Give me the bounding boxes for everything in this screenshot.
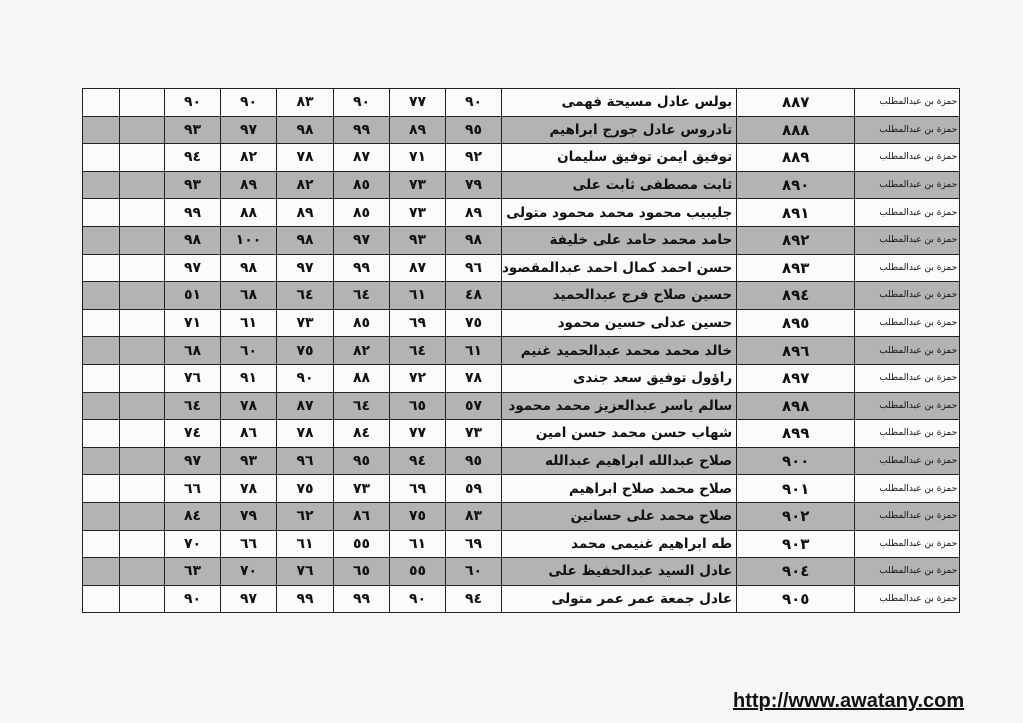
blank-cell bbox=[83, 199, 120, 227]
grade-cell-5: ٧٠ bbox=[221, 558, 277, 586]
grade-cell-5: ٦٨ bbox=[221, 282, 277, 310]
grade-cell-6: ٧١ bbox=[165, 309, 221, 337]
blank-cell bbox=[120, 447, 165, 475]
blank-cell bbox=[83, 226, 120, 254]
table-row: ٩٣٩٧٩٨٩٩٨٩٩٥تادروس عادل جورج ابراهيم٨٨٨ح… bbox=[83, 116, 960, 144]
table-row: ٥١٦٨٦٤٦٤٦١٤٨حسين صلاح فرج عبدالحميد٨٩٤حم… bbox=[83, 282, 960, 310]
seat-number-cell: ٨٩٧ bbox=[737, 364, 855, 392]
grade-cell-3: ٩٥ bbox=[334, 447, 390, 475]
table-row: ٧٦٩١٩٠٨٨٧٢٧٨راؤول توفيق سعد جندى٨٩٧حمزة … bbox=[83, 364, 960, 392]
seat-number-cell: ٨٩٤ bbox=[737, 282, 855, 310]
seat-number-cell: ٩٠٥ bbox=[737, 585, 855, 613]
grade-cell-3: ٨٥ bbox=[334, 171, 390, 199]
seat-number-cell: ٩٠٢ bbox=[737, 502, 855, 530]
grade-cell-3: ٨٦ bbox=[334, 502, 390, 530]
grade-cell-6: ٦٤ bbox=[165, 392, 221, 420]
grade-cell-3: ٥٥ bbox=[334, 530, 390, 558]
grade-cell-2: ٨٧ bbox=[390, 254, 446, 282]
seat-number-cell: ٩٠٤ bbox=[737, 558, 855, 586]
student-name-cell: توفيق ايمن توفيق سليمان bbox=[502, 144, 737, 172]
grade-cell-4: ٩٧ bbox=[277, 254, 334, 282]
blank-cell bbox=[83, 364, 120, 392]
table-row: ٦٤٧٨٨٧٦٤٦٥٥٧سالم ياسر عبدالعزيز محمد محم… bbox=[83, 392, 960, 420]
blank-cell bbox=[83, 447, 120, 475]
table-row: ٩٧٩٣٩٦٩٥٩٤٩٥صلاح عبدالله ابراهيم عبدالله… bbox=[83, 447, 960, 475]
blank-cell bbox=[120, 116, 165, 144]
blank-cell bbox=[83, 420, 120, 448]
grade-cell-3: ٩٩ bbox=[334, 116, 390, 144]
results-table: ٩٠٩٠٨٣٩٠٧٧٩٠بولس عادل مسيحة فهمى٨٨٧حمزة … bbox=[82, 88, 960, 613]
seat-number-cell: ٨٩٨ bbox=[737, 392, 855, 420]
grade-cell-2: ٦٥ bbox=[390, 392, 446, 420]
table-row: ٩٤٨٢٧٨٨٧٧١٩٢توفيق ايمن توفيق سليمان٨٨٩حم… bbox=[83, 144, 960, 172]
school-name-cell: حمزة بن عبدالمطلب bbox=[855, 447, 960, 475]
grade-cell-3: ٦٤ bbox=[334, 392, 390, 420]
grade-cell-4: ٧٣ bbox=[277, 309, 334, 337]
blank-cell bbox=[120, 282, 165, 310]
grade-cell-2: ٧١ bbox=[390, 144, 446, 172]
grade-cell-2: ٦١ bbox=[390, 282, 446, 310]
grade-cell-3: ٩٩ bbox=[334, 254, 390, 282]
blank-cell bbox=[83, 475, 120, 503]
blank-cell bbox=[120, 226, 165, 254]
student-name-cell: عادل السيد عبدالحفيظ على bbox=[502, 558, 737, 586]
grade-cell-6: ٩٣ bbox=[165, 171, 221, 199]
student-name-cell: صلاح عبدالله ابراهيم عبدالله bbox=[502, 447, 737, 475]
grade-cell-1: ٩٤ bbox=[446, 585, 502, 613]
grade-cell-5: ٧٨ bbox=[221, 475, 277, 503]
grade-cell-1: ٩٠ bbox=[446, 89, 502, 117]
grade-cell-2: ٦١ bbox=[390, 530, 446, 558]
grade-cell-4: ٧٨ bbox=[277, 420, 334, 448]
grade-cell-2: ٧٢ bbox=[390, 364, 446, 392]
school-name-cell: حمزة بن عبدالمطلب bbox=[855, 226, 960, 254]
seat-number-cell: ٨٩٣ bbox=[737, 254, 855, 282]
blank-cell bbox=[83, 337, 120, 365]
seat-number-cell: ٨٩٩ bbox=[737, 420, 855, 448]
blank-cell bbox=[120, 337, 165, 365]
student-name-cell: جليبيب محمود محمد محمود متولى bbox=[502, 199, 737, 227]
grade-cell-4: ٩٨ bbox=[277, 116, 334, 144]
student-name-cell: حسين صلاح فرج عبدالحميد bbox=[502, 282, 737, 310]
school-name-cell: حمزة بن عبدالمطلب bbox=[855, 199, 960, 227]
blank-cell bbox=[83, 585, 120, 613]
grade-cell-1: ٩٨ bbox=[446, 226, 502, 254]
seat-number-cell: ٨٩١ bbox=[737, 199, 855, 227]
student-name-cell: شهاب حسن محمد حسن امين bbox=[502, 420, 737, 448]
grade-cell-4: ٧٥ bbox=[277, 337, 334, 365]
grade-cell-3: ٧٣ bbox=[334, 475, 390, 503]
grade-cell-4: ٦٢ bbox=[277, 502, 334, 530]
school-name-cell: حمزة بن عبدالمطلب bbox=[855, 392, 960, 420]
grade-cell-1: ٩٦ bbox=[446, 254, 502, 282]
blank-cell bbox=[83, 171, 120, 199]
grade-cell-2: ٨٩ bbox=[390, 116, 446, 144]
blank-cell bbox=[120, 171, 165, 199]
grade-cell-6: ٩٠ bbox=[165, 89, 221, 117]
student-name-cell: عادل جمعة عمر عمر متولى bbox=[502, 585, 737, 613]
grade-cell-5: ٩٠ bbox=[221, 89, 277, 117]
blank-cell bbox=[83, 144, 120, 172]
blank-cell bbox=[83, 116, 120, 144]
grade-cell-5: ٧٩ bbox=[221, 502, 277, 530]
grade-cell-5: ٧٨ bbox=[221, 392, 277, 420]
seat-number-cell: ٨٩٥ bbox=[737, 309, 855, 337]
table-row: ٨٤٧٩٦٢٨٦٧٥٨٣صلاح محمد على حسانين٩٠٢حمزة … bbox=[83, 502, 960, 530]
student-name-cell: حسن احمد كمال احمد عبدالمقصود bbox=[502, 254, 737, 282]
grade-cell-1: ٦٠ bbox=[446, 558, 502, 586]
blank-cell bbox=[120, 144, 165, 172]
seat-number-cell: ٨٩٦ bbox=[737, 337, 855, 365]
grade-cell-5: ٦١ bbox=[221, 309, 277, 337]
grade-cell-6: ٩٨ bbox=[165, 226, 221, 254]
blank-cell bbox=[120, 254, 165, 282]
results-table-body: ٩٠٩٠٨٣٩٠٧٧٩٠بولس عادل مسيحة فهمى٨٨٧حمزة … bbox=[83, 89, 960, 613]
blank-cell bbox=[120, 392, 165, 420]
grade-cell-3: ٦٥ bbox=[334, 558, 390, 586]
grade-cell-1: ٩٢ bbox=[446, 144, 502, 172]
grade-cell-4: ٨٧ bbox=[277, 392, 334, 420]
website-link[interactable]: http://www.awatany.com bbox=[733, 690, 964, 713]
blank-cell bbox=[120, 530, 165, 558]
school-name-cell: حمزة بن عبدالمطلب bbox=[855, 530, 960, 558]
table-row: ٩٣٨٩٨٢٨٥٧٣٧٩ثابت مصطفى ثابت على٨٩٠حمزة ب… bbox=[83, 171, 960, 199]
grade-cell-1: ٨٣ bbox=[446, 502, 502, 530]
grade-cell-2: ٩٤ bbox=[390, 447, 446, 475]
student-name-cell: بولس عادل مسيحة فهمى bbox=[502, 89, 737, 117]
blank-cell bbox=[120, 199, 165, 227]
seat-number-cell: ٨٨٧ bbox=[737, 89, 855, 117]
school-name-cell: حمزة بن عبدالمطلب bbox=[855, 309, 960, 337]
grade-cell-4: ٧٥ bbox=[277, 475, 334, 503]
blank-cell bbox=[83, 254, 120, 282]
blank-cell bbox=[83, 392, 120, 420]
grade-cell-4: ٨٢ bbox=[277, 171, 334, 199]
grade-cell-5: ٨٨ bbox=[221, 199, 277, 227]
grade-cell-6: ٩٣ bbox=[165, 116, 221, 144]
grade-cell-6: ٩٠ bbox=[165, 585, 221, 613]
student-name-cell: صلاح محمد صلاح ابراهيم bbox=[502, 475, 737, 503]
blank-cell bbox=[83, 502, 120, 530]
grade-cell-5: ١٠٠ bbox=[221, 226, 277, 254]
grade-cell-3: ٨٢ bbox=[334, 337, 390, 365]
grade-cell-1: ٧٩ bbox=[446, 171, 502, 199]
grade-cell-1: ٤٨ bbox=[446, 282, 502, 310]
grade-cell-6: ٦٣ bbox=[165, 558, 221, 586]
grade-cell-1: ٦٩ bbox=[446, 530, 502, 558]
grade-cell-2: ٦٤ bbox=[390, 337, 446, 365]
seat-number-cell: ٨٨٩ bbox=[737, 144, 855, 172]
blank-cell bbox=[120, 364, 165, 392]
blank-cell bbox=[120, 585, 165, 613]
grade-cell-4: ٧٦ bbox=[277, 558, 334, 586]
school-name-cell: حمزة بن عبدالمطلب bbox=[855, 502, 960, 530]
grade-cell-6: ٧٠ bbox=[165, 530, 221, 558]
student-name-cell: طه ابراهيم غنيمى محمد bbox=[502, 530, 737, 558]
table-row: ٦٦٧٨٧٥٧٣٦٩٥٩صلاح محمد صلاح ابراهيم٩٠١حمز… bbox=[83, 475, 960, 503]
grade-cell-6: ٧٤ bbox=[165, 420, 221, 448]
student-name-cell: ثابت مصطفى ثابت على bbox=[502, 171, 737, 199]
blank-cell bbox=[120, 89, 165, 117]
seat-number-cell: ٩٠٠ bbox=[737, 447, 855, 475]
table-row: ٦٣٧٠٧٦٦٥٥٥٦٠عادل السيد عبدالحفيظ على٩٠٤ح… bbox=[83, 558, 960, 586]
school-name-cell: حمزة بن عبدالمطلب bbox=[855, 116, 960, 144]
seat-number-cell: ٨٩٠ bbox=[737, 171, 855, 199]
grade-cell-5: ٩١ bbox=[221, 364, 277, 392]
table-row: ٩٠٩٧٩٩٩٩٩٠٩٤عادل جمعة عمر عمر متولى٩٠٥حم… bbox=[83, 585, 960, 613]
grade-cell-1: ٦١ bbox=[446, 337, 502, 365]
table-row: ٦٨٦٠٧٥٨٢٦٤٦١خالد محمد محمد عبدالحميد غني… bbox=[83, 337, 960, 365]
grade-cell-6: ٩٧ bbox=[165, 447, 221, 475]
grade-cell-4: ٩٩ bbox=[277, 585, 334, 613]
table-row: ٧٠٦٦٦١٥٥٦١٦٩طه ابراهيم غنيمى محمد٩٠٣حمزة… bbox=[83, 530, 960, 558]
blank-cell bbox=[120, 502, 165, 530]
grade-cell-4: ٩٦ bbox=[277, 447, 334, 475]
grade-cell-5: ٩٨ bbox=[221, 254, 277, 282]
grade-cell-4: ٩٠ bbox=[277, 364, 334, 392]
school-name-cell: حمزة بن عبدالمطلب bbox=[855, 171, 960, 199]
blank-cell bbox=[83, 282, 120, 310]
grade-cell-1: ٧٣ bbox=[446, 420, 502, 448]
grade-cell-5: ٨٦ bbox=[221, 420, 277, 448]
grade-cell-6: ٧٦ bbox=[165, 364, 221, 392]
student-name-cell: خالد محمد محمد عبدالحميد غنيم bbox=[502, 337, 737, 365]
blank-cell bbox=[83, 558, 120, 586]
blank-cell bbox=[83, 309, 120, 337]
grade-cell-4: ٩٨ bbox=[277, 226, 334, 254]
grade-cell-3: ٨٨ bbox=[334, 364, 390, 392]
grade-cell-3: ٨٥ bbox=[334, 199, 390, 227]
grade-cell-2: ٧٥ bbox=[390, 502, 446, 530]
student-name-cell: تادروس عادل جورج ابراهيم bbox=[502, 116, 737, 144]
blank-cell bbox=[120, 475, 165, 503]
grade-cell-2: ٧٧ bbox=[390, 89, 446, 117]
grade-cell-4: ٦١ bbox=[277, 530, 334, 558]
grade-cell-5: ٨٢ bbox=[221, 144, 277, 172]
grade-cell-2: ٩٠ bbox=[390, 585, 446, 613]
grade-cell-5: ٦٠ bbox=[221, 337, 277, 365]
grade-cell-2: ٧٣ bbox=[390, 171, 446, 199]
school-name-cell: حمزة بن عبدالمطلب bbox=[855, 337, 960, 365]
grade-cell-2: ٦٩ bbox=[390, 309, 446, 337]
grade-cell-3: ٩٩ bbox=[334, 585, 390, 613]
grade-cell-5: ٩٧ bbox=[221, 116, 277, 144]
grade-cell-5: ٦٦ bbox=[221, 530, 277, 558]
grade-cell-3: ٨٧ bbox=[334, 144, 390, 172]
grade-cell-3: ٩٠ bbox=[334, 89, 390, 117]
grade-cell-4: ٨٩ bbox=[277, 199, 334, 227]
grade-cell-3: ٨٤ bbox=[334, 420, 390, 448]
school-name-cell: حمزة بن عبدالمطلب bbox=[855, 558, 960, 586]
grade-cell-1: ٧٥ bbox=[446, 309, 502, 337]
table-row: ٩٩٨٨٨٩٨٥٧٣٨٩جليبيب محمود محمد محمود متول… bbox=[83, 199, 960, 227]
grade-cell-1: ٥٩ bbox=[446, 475, 502, 503]
grade-cell-6: ٩٩ bbox=[165, 199, 221, 227]
grade-cell-1: ٩٥ bbox=[446, 116, 502, 144]
blank-cell bbox=[120, 309, 165, 337]
grade-cell-6: ٨٤ bbox=[165, 502, 221, 530]
school-name-cell: حمزة بن عبدالمطلب bbox=[855, 585, 960, 613]
grade-cell-6: ٦٨ bbox=[165, 337, 221, 365]
grade-cell-4: ٨٣ bbox=[277, 89, 334, 117]
grade-cell-2: ٩٣ bbox=[390, 226, 446, 254]
grade-cell-3: ٨٥ bbox=[334, 309, 390, 337]
school-name-cell: حمزة بن عبدالمطلب bbox=[855, 364, 960, 392]
student-name-cell: راؤول توفيق سعد جندى bbox=[502, 364, 737, 392]
table-row: ٧٤٨٦٧٨٨٤٧٧٧٣شهاب حسن محمد حسن امين٨٩٩حمز… bbox=[83, 420, 960, 448]
seat-number-cell: ٨٩٢ bbox=[737, 226, 855, 254]
table-row: ٩٧٩٨٩٧٩٩٨٧٩٦حسن احمد كمال احمد عبدالمقصو… bbox=[83, 254, 960, 282]
grade-cell-1: ٨٩ bbox=[446, 199, 502, 227]
blank-cell bbox=[120, 558, 165, 586]
grade-cell-1: ٩٥ bbox=[446, 447, 502, 475]
table-row: ٧١٦١٧٣٨٥٦٩٧٥حسين عدلى حسين محمود٨٩٥حمزة … bbox=[83, 309, 960, 337]
grade-cell-1: ٥٧ bbox=[446, 392, 502, 420]
grade-cell-6: ٦٦ bbox=[165, 475, 221, 503]
grade-cell-2: ٧٧ bbox=[390, 420, 446, 448]
grade-cell-5: ٨٩ bbox=[221, 171, 277, 199]
blank-cell bbox=[120, 420, 165, 448]
school-name-cell: حمزة بن عبدالمطلب bbox=[855, 144, 960, 172]
blank-cell bbox=[83, 89, 120, 117]
student-name-cell: صلاح محمد على حسانين bbox=[502, 502, 737, 530]
grade-cell-5: ٩٣ bbox=[221, 447, 277, 475]
seat-number-cell: ٩٠١ bbox=[737, 475, 855, 503]
grade-cell-6: ٥١ bbox=[165, 282, 221, 310]
grade-cell-4: ٦٤ bbox=[277, 282, 334, 310]
grade-cell-6: ٩٤ bbox=[165, 144, 221, 172]
grade-cell-6: ٩٧ bbox=[165, 254, 221, 282]
table-row: ٩٨١٠٠٩٨٩٧٩٣٩٨حامد محمد حامد على خليفة٨٩٢… bbox=[83, 226, 960, 254]
school-name-cell: حمزة بن عبدالمطلب bbox=[855, 282, 960, 310]
table-row: ٩٠٩٠٨٣٩٠٧٧٩٠بولس عادل مسيحة فهمى٨٨٧حمزة … bbox=[83, 89, 960, 117]
grade-cell-3: ٩٧ bbox=[334, 226, 390, 254]
grade-cell-1: ٧٨ bbox=[446, 364, 502, 392]
grade-cell-5: ٩٧ bbox=[221, 585, 277, 613]
student-name-cell: سالم ياسر عبدالعزيز محمد محمود bbox=[502, 392, 737, 420]
blank-cell bbox=[83, 530, 120, 558]
grade-cell-2: ٧٣ bbox=[390, 199, 446, 227]
grade-cell-2: ٦٩ bbox=[390, 475, 446, 503]
seat-number-cell: ٨٨٨ bbox=[737, 116, 855, 144]
student-name-cell: حسين عدلى حسين محمود bbox=[502, 309, 737, 337]
seat-number-cell: ٩٠٣ bbox=[737, 530, 855, 558]
school-name-cell: حمزة بن عبدالمطلب bbox=[855, 420, 960, 448]
student-name-cell: حامد محمد حامد على خليفة bbox=[502, 226, 737, 254]
grade-cell-3: ٦٤ bbox=[334, 282, 390, 310]
grade-cell-4: ٧٨ bbox=[277, 144, 334, 172]
school-name-cell: حمزة بن عبدالمطلب bbox=[855, 254, 960, 282]
school-name-cell: حمزة بن عبدالمطلب bbox=[855, 475, 960, 503]
grade-cell-2: ٥٥ bbox=[390, 558, 446, 586]
school-name-cell: حمزة بن عبدالمطلب bbox=[855, 89, 960, 117]
